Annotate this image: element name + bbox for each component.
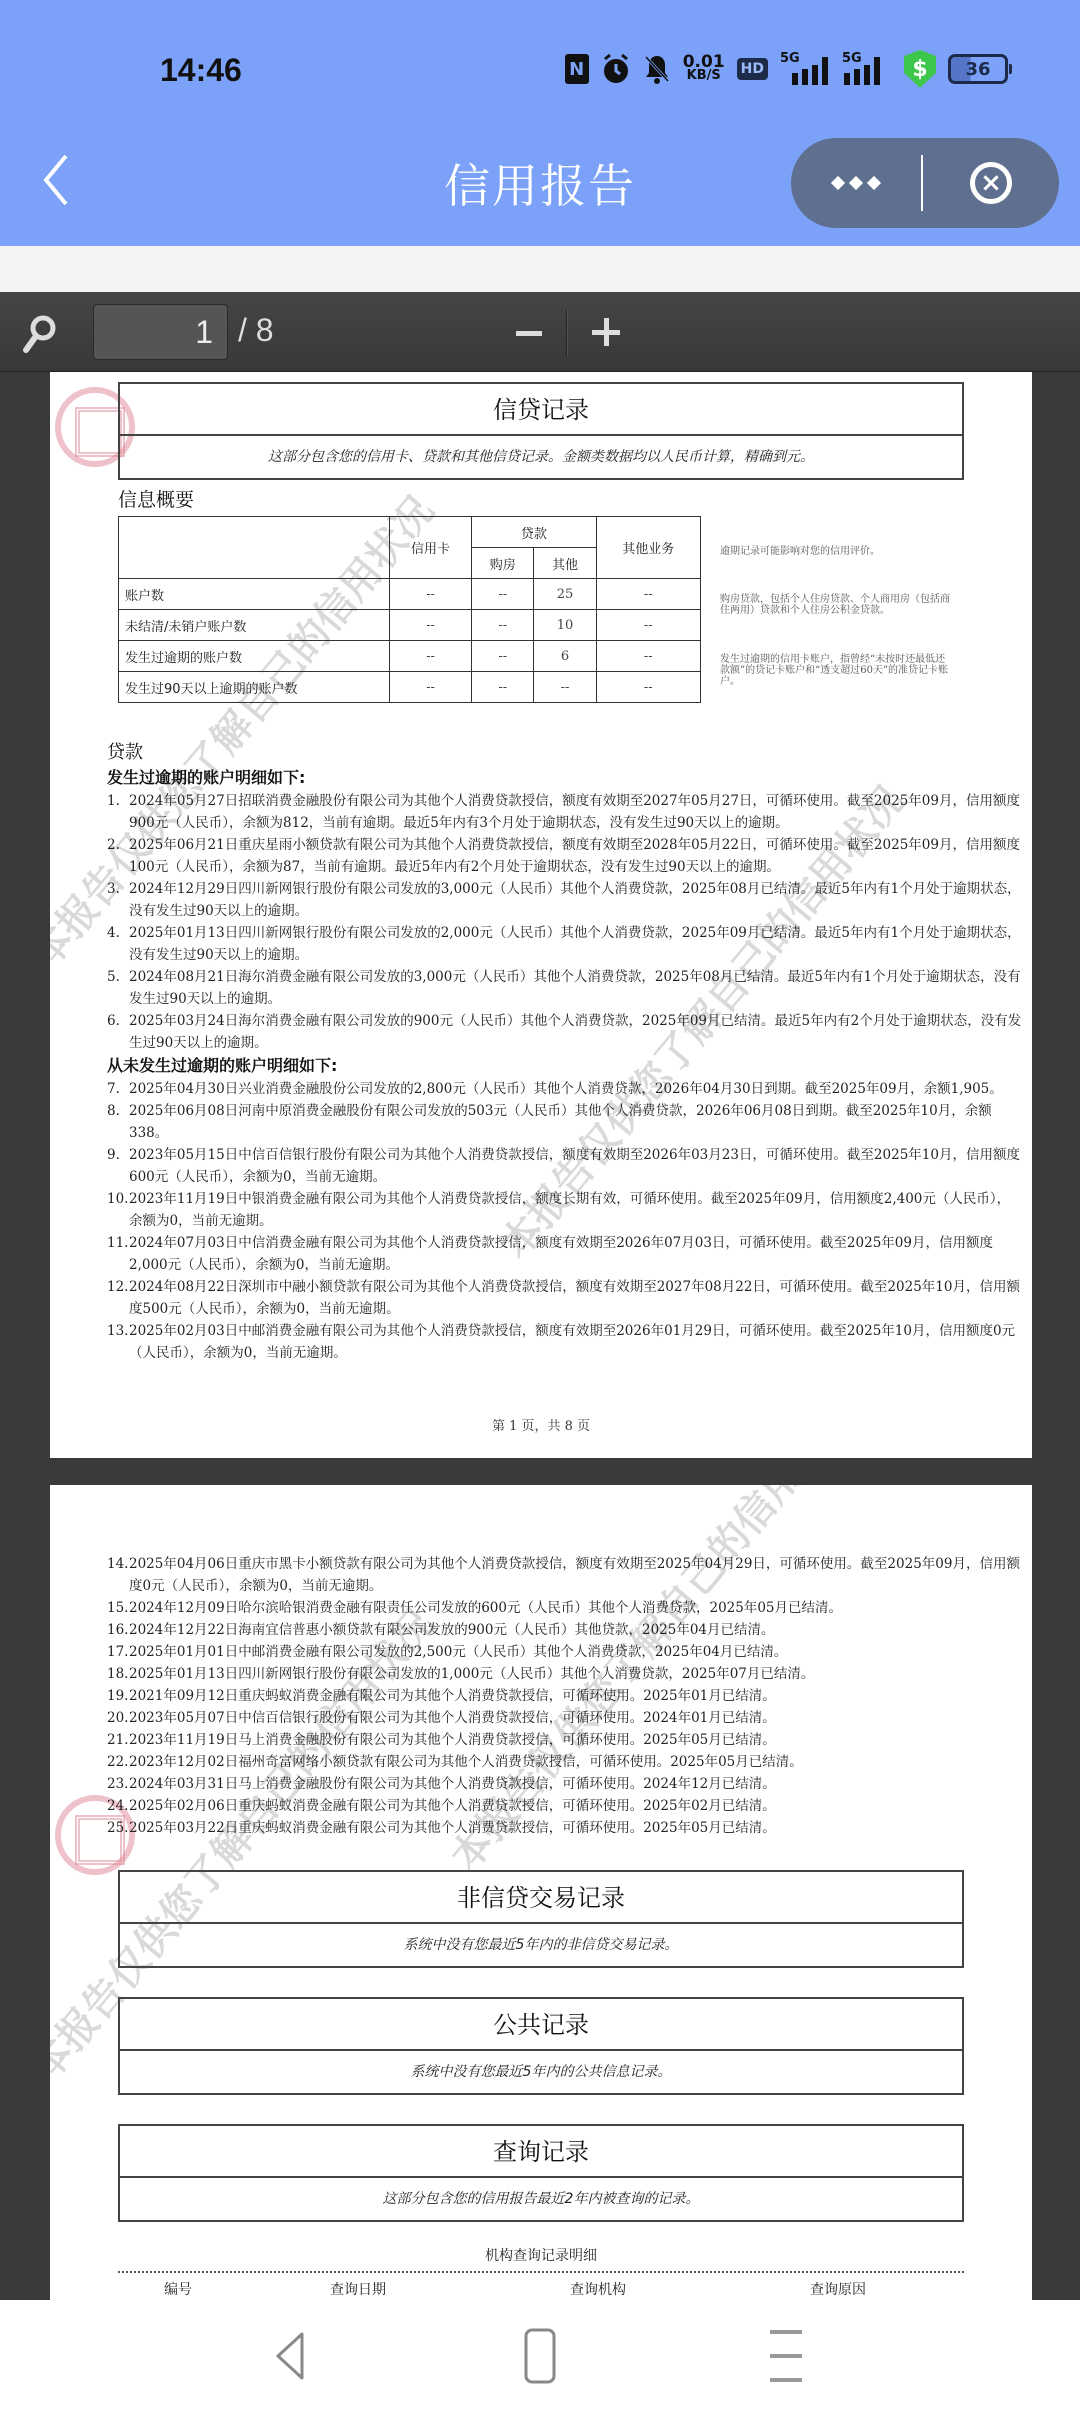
list-item: 18.2025年01月13日四川新网银行股份有限公司发放的1,000元（人民币）… xyxy=(107,1663,1022,1685)
list-item: 12.2024年08月22日深圳市中融小额贷款有限公司为其他个人消费贷款授信，额… xyxy=(107,1276,1022,1320)
system-nav-bar xyxy=(0,2300,1080,2412)
list-item: 13.2025年02月03日中邮消费金融有限公司为其他个人消费贷款授信，额度有效… xyxy=(107,1320,1022,1364)
list-item: 19.2021年09月12日重庆蚂蚁消费金融有限公司为其他个人消费贷款授信，可循… xyxy=(107,1685,1022,1707)
search-button[interactable] xyxy=(22,314,58,354)
section-desc: 系统中没有您最近5年内的非信贷交易记录。 xyxy=(120,1924,962,1966)
query-record-section: 查询记录 这部分包含您的信用报告最近2年内被查询的记录。 xyxy=(118,2124,964,2222)
battery-icon: 36 xyxy=(948,54,1008,84)
list-item: 10.2023年11月19日中银消费金融有限公司为其他个人消费贷款授信，额度长期… xyxy=(107,1188,1022,1232)
miniprogram-capsule: × xyxy=(791,138,1059,228)
list-item: 1.2024年05月27日招联消费金融股份有限公司为其他个人消费贷款授信，额度有… xyxy=(107,790,1022,834)
credit-record-section: 信贷记录 这部分包含您的信用卡、贷款和其他信贷记录。金额类数据均以人民币计算，精… xyxy=(118,382,964,480)
dotted-divider xyxy=(118,2271,964,2273)
list-item: 9.2023年05月15日中信百信银行股份有限公司为其他个人消费贷款授信，额度有… xyxy=(107,1144,1022,1188)
table-row: 未结清/未销户账户数 -- -- 10 -- xyxy=(119,610,701,641)
pdf-toolbar: 1 / 8 xyxy=(0,292,1080,372)
summary-note: 购房贷款，包括个人住房贷款、个人商用房（包括商住两用）贷款和个人住房公积金贷款。 xyxy=(720,594,950,616)
total-pages: / 8 xyxy=(238,312,274,349)
list-item: 11.2024年07月03日中信消费金融有限公司为其他个人消费贷款授信，额度有效… xyxy=(107,1232,1022,1276)
query-table-header: 编号 查询日期 查询机构 查询原因 xyxy=(118,2279,964,2299)
pdf-viewer[interactable]: 1 / 8 本报告仅供您了解自己的信用状况 本报告仅供您了解自己的信用状况 信贷… xyxy=(0,292,1080,2300)
list-item: 14.2025年04月06日重庆市黑卡小额贷款有限公司为其他个人消费贷款授信，额… xyxy=(107,1553,1022,1597)
nav-menu-button[interactable] xyxy=(756,2328,816,2384)
nav-home-button[interactable] xyxy=(510,2328,570,2384)
close-miniprogram-button[interactable]: × xyxy=(923,138,1059,228)
zoom-in-button[interactable] xyxy=(586,310,626,354)
section-title: 公共记录 xyxy=(120,1999,962,2051)
square-home-icon xyxy=(510,2328,570,2384)
non-credit-section: 非信贷交易记录 系统中没有您最近5年内的非信贷交易记录。 xyxy=(118,1870,964,1968)
alarm-icon xyxy=(601,53,631,85)
col-other-business: 其他业务 xyxy=(596,517,700,579)
summary-title: 信息概要 xyxy=(118,485,194,512)
summary-note: 发生过逾期的信用卡账户，指曾经“未按时还最低还款额”的贷记卡账户和“透支超过60… xyxy=(720,654,950,687)
signal-sim1-icon: 5G xyxy=(780,51,830,87)
section-title: 非信贷交易记录 xyxy=(120,1872,962,1924)
mute-bell-icon xyxy=(643,53,671,85)
status-icons: N 0.01 KB/S HD 5G 5G $ 36 xyxy=(565,50,1008,88)
nav-back-button[interactable] xyxy=(268,2328,328,2384)
status-time: 14:46 xyxy=(160,52,242,89)
list-item: 2.2025年06月21日重庆星雨小额贷款有限公司为其他个人消费贷款授信，额度有… xyxy=(107,834,1022,878)
col-number: 编号 xyxy=(118,2279,238,2299)
summary-table: 信用卡 贷款 其他业务 购房 其他 账户数 -- -- 25 -- 未结清/未销… xyxy=(118,516,701,703)
pdf-page-1: 本报告仅供您了解自己的信用状况 本报告仅供您了解自己的信用状况 信贷记录 这部分… xyxy=(50,372,1032,1458)
col-loan-housing: 购房 xyxy=(472,548,534,579)
close-circle-icon: × xyxy=(970,162,1012,204)
net-speed: 0.01 KB/S xyxy=(683,55,725,83)
col-credit-card: 信用卡 xyxy=(389,517,471,579)
col-loan-other: 其他 xyxy=(534,548,596,579)
page-number-input[interactable]: 1 xyxy=(93,304,228,360)
list-item: 23.2024年03月31日马上消费金融股份有限公司为其他个人消费贷款授信，可循… xyxy=(107,1773,1022,1795)
section-desc: 系统中没有您最近5年内的公共信息记录。 xyxy=(120,2051,962,2093)
list-item: 17.2025年01月01日中邮消费金融有限公司发放的2,500元（人民币）其他… xyxy=(107,1641,1022,1663)
list-item: 21.2023年11月19日马上消费金融股份有限公司为其他个人消费贷款授信，可循… xyxy=(107,1729,1022,1751)
col-query-date: 查询日期 xyxy=(238,2279,478,2299)
col-loan: 贷款 xyxy=(472,517,596,548)
zoom-out-button[interactable] xyxy=(510,310,548,354)
pdf-page-2: 本报告仅供您了解自己的信用状况 本报告仅供您了解自己的信用状况 14.2025年… xyxy=(50,1485,1032,2300)
loan-list-continued: 14.2025年04月06日重庆市黑卡小额贷款有限公司为其他个人消费贷款授信，额… xyxy=(107,1553,1022,1839)
hd-voice-icon: HD xyxy=(737,58,768,80)
nfc-icon: N xyxy=(565,54,589,84)
app-header: 14:46 N 0.01 KB/S HD 5G 5G $ 36 信用报告 xyxy=(0,0,1080,246)
section-desc: 这部分包含您的信用报告最近2年内被查询的记录。 xyxy=(120,2178,962,2220)
table-row: 发生过90天以上逾期的账户数 -- -- -- -- xyxy=(119,672,701,703)
more-dots-icon xyxy=(831,176,845,190)
col-query-reason: 查询原因 xyxy=(718,2279,958,2299)
table-row: 发生过逾期的账户数 -- -- 6 -- xyxy=(119,641,701,672)
public-record-section: 公共记录 系统中没有您最近5年内的公共信息记录。 xyxy=(118,1997,964,2095)
col-query-org: 查询机构 xyxy=(478,2279,718,2299)
list-item: 22.2023年12月02日福州奇富网络小额贷款有限公司为其他个人消费贷款授信，… xyxy=(107,1751,1022,1773)
search-icon xyxy=(22,314,58,354)
table-row: 账户数 -- -- 25 -- xyxy=(119,579,701,610)
list-item: 24.2025年02月06日重庆蚂蚁消费金融有限公司为其他个人消费贷款授信，可循… xyxy=(107,1795,1022,1817)
payment-shield-icon: $ xyxy=(904,50,936,88)
loan-list: 贷款 发生过逾期的账户明细如下: 1.2024年05月27日招联消费金融股份有限… xyxy=(107,740,1022,1364)
list-item: 3.2024年12月29日四川新网银行股份有限公司发放的3,000元（人民币）其… xyxy=(107,878,1022,922)
section-title: 信贷记录 xyxy=(120,384,962,436)
signal-sim2-icon: 5G xyxy=(842,51,892,87)
triangle-back-icon xyxy=(268,2328,328,2384)
list-item: 7.2025年04月30日兴业消费金融股份公司发放的2,800元（人民币）其他个… xyxy=(107,1078,1022,1100)
list-item: 4.2025年01月13日四川新网银行股份有限公司发放的2,000元（人民币）其… xyxy=(107,922,1022,966)
never-overdue-title: 从未发生过逾期的账户明细如下: xyxy=(107,1054,1022,1078)
overdue-title: 发生过逾期的账户明细如下: xyxy=(107,766,1022,790)
more-button[interactable] xyxy=(791,138,921,228)
list-item: 16.2024年12月22日海南宜信普惠小额贷款有限公司发放的900元（人民币）… xyxy=(107,1619,1022,1641)
page-footer: 第 1 页，共 8 页 xyxy=(50,1415,1032,1434)
section-title: 查询记录 xyxy=(120,2126,962,2178)
toolbar-divider xyxy=(566,310,568,356)
list-item: 6.2025年03月24日海尔消费金融有限公司发放的900元（人民币）其他个人消… xyxy=(107,1010,1022,1054)
query-caption: 机构查询记录明细 xyxy=(50,2245,1032,2265)
list-item: 15.2024年12月09日哈尔滨哈银消费金融有限责任公司发放的600元（人民币… xyxy=(107,1597,1022,1619)
list-item: 25.2025年03月22日重庆蚂蚁消费金融有限公司为其他个人消费贷款授信，可循… xyxy=(107,1817,1022,1839)
menu-lines-icon xyxy=(756,2328,816,2384)
section-desc: 这部分包含您的信用卡、贷款和其他信贷记录。金额类数据均以人民币计算，精确到元。 xyxy=(120,436,962,478)
list-item: 5.2024年08月21日海尔消费金融有限公司发放的3,000元（人民币）其他个… xyxy=(107,966,1022,1010)
loans-title: 贷款 xyxy=(107,740,1022,766)
list-item: 8.2025年06月08日河南中原消费金融股份有限公司发放的503元（人民币）其… xyxy=(107,1100,1022,1144)
summary-note: 逾期记录可能影响对您的信用评价。 xyxy=(720,546,950,557)
list-item: 20.2023年05月07日中信百信银行股份有限公司为其他个人消费贷款授信，可循… xyxy=(107,1707,1022,1729)
